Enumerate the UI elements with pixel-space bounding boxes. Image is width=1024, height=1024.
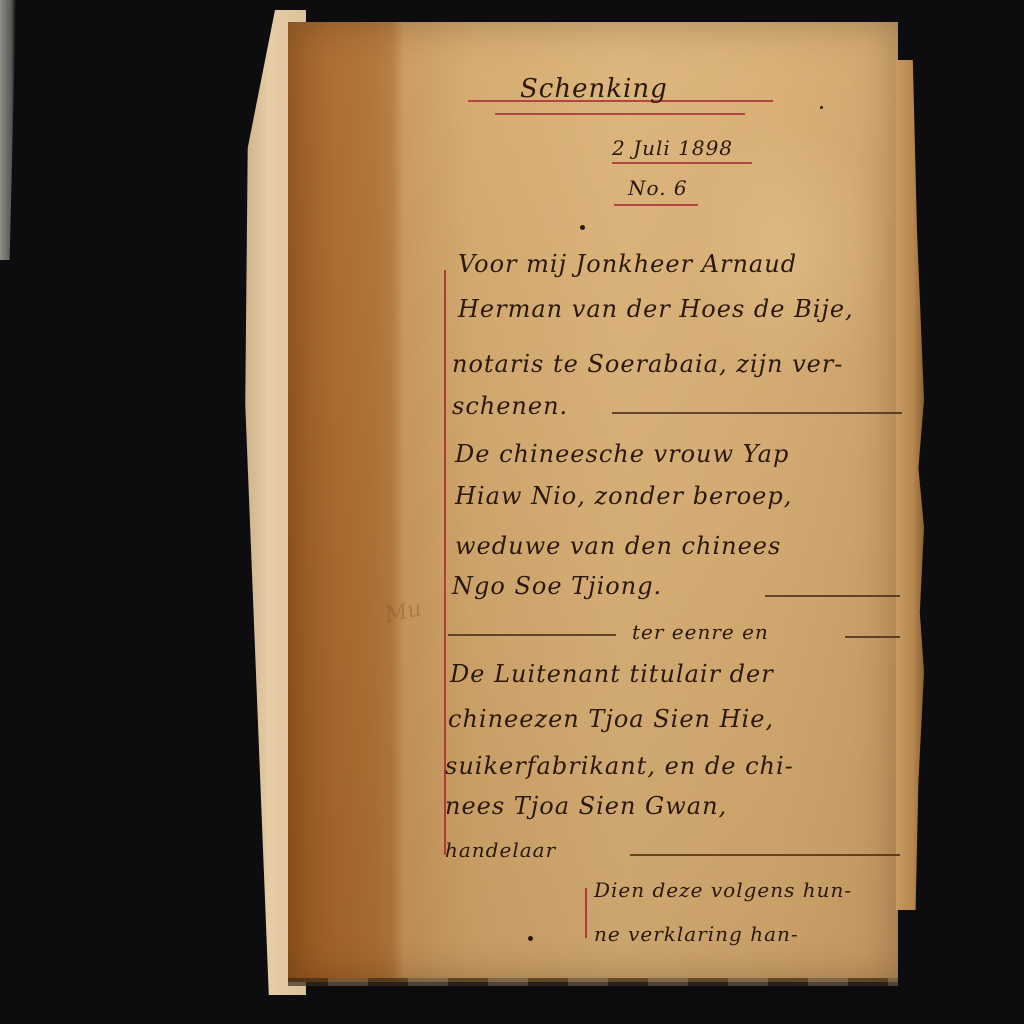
- line-fill-rule: [612, 412, 902, 414]
- ink-dot: [820, 106, 823, 109]
- number-red-rule: [614, 204, 698, 206]
- text-line: Hiaw Nio, zonder beroep,: [455, 482, 792, 510]
- text-line: De chineesche vrouw Yap: [455, 440, 789, 468]
- line-fill-rule: [765, 595, 900, 597]
- torn-page-edge: [896, 60, 924, 910]
- line-fill-rule: [448, 634, 616, 636]
- ink-dot: [528, 936, 533, 941]
- deed-number: No. 6: [628, 176, 688, 200]
- line-fill-rule: [845, 636, 900, 638]
- text-line: De Luitenant titulair der: [450, 660, 774, 688]
- red-margin-line-indent: [585, 888, 587, 938]
- text-line: Ngo Soe Tjiong.: [452, 572, 662, 600]
- ink-dot: [580, 225, 585, 230]
- text-line-indented: Dien deze volgens hun-: [594, 878, 852, 902]
- text-line: Herman van der Hoes de Bije,: [458, 295, 854, 323]
- text-line: suikerfabrikant, en de chi-: [445, 752, 794, 780]
- text-line: notaris te Soerabaia, zijn ver-: [452, 350, 843, 378]
- text-line: handelaar: [445, 838, 556, 862]
- text-line: schenen.: [452, 392, 568, 420]
- text-line: chineezen Tjoa Sien Hie,: [448, 705, 774, 733]
- deed-title: Schenking: [520, 74, 668, 104]
- title-red-rule-2: [495, 113, 745, 115]
- text-line: weduwe van den chinees: [455, 532, 781, 560]
- deed-date: 2 Juli 1898: [612, 136, 733, 160]
- date-red-rule: [612, 162, 752, 164]
- text-line: ter eenre en: [632, 620, 769, 644]
- text-line-indented: ne verklaring han-: [594, 922, 799, 946]
- adjacent-page-edge: [0, 0, 16, 260]
- text-line: Voor mij Jonkheer Arnaud: [458, 250, 797, 278]
- page-bottom-edge: [288, 978, 898, 986]
- line-fill-rule: [630, 854, 900, 856]
- text-line: nees Tjoa Sien Gwan,: [445, 792, 727, 820]
